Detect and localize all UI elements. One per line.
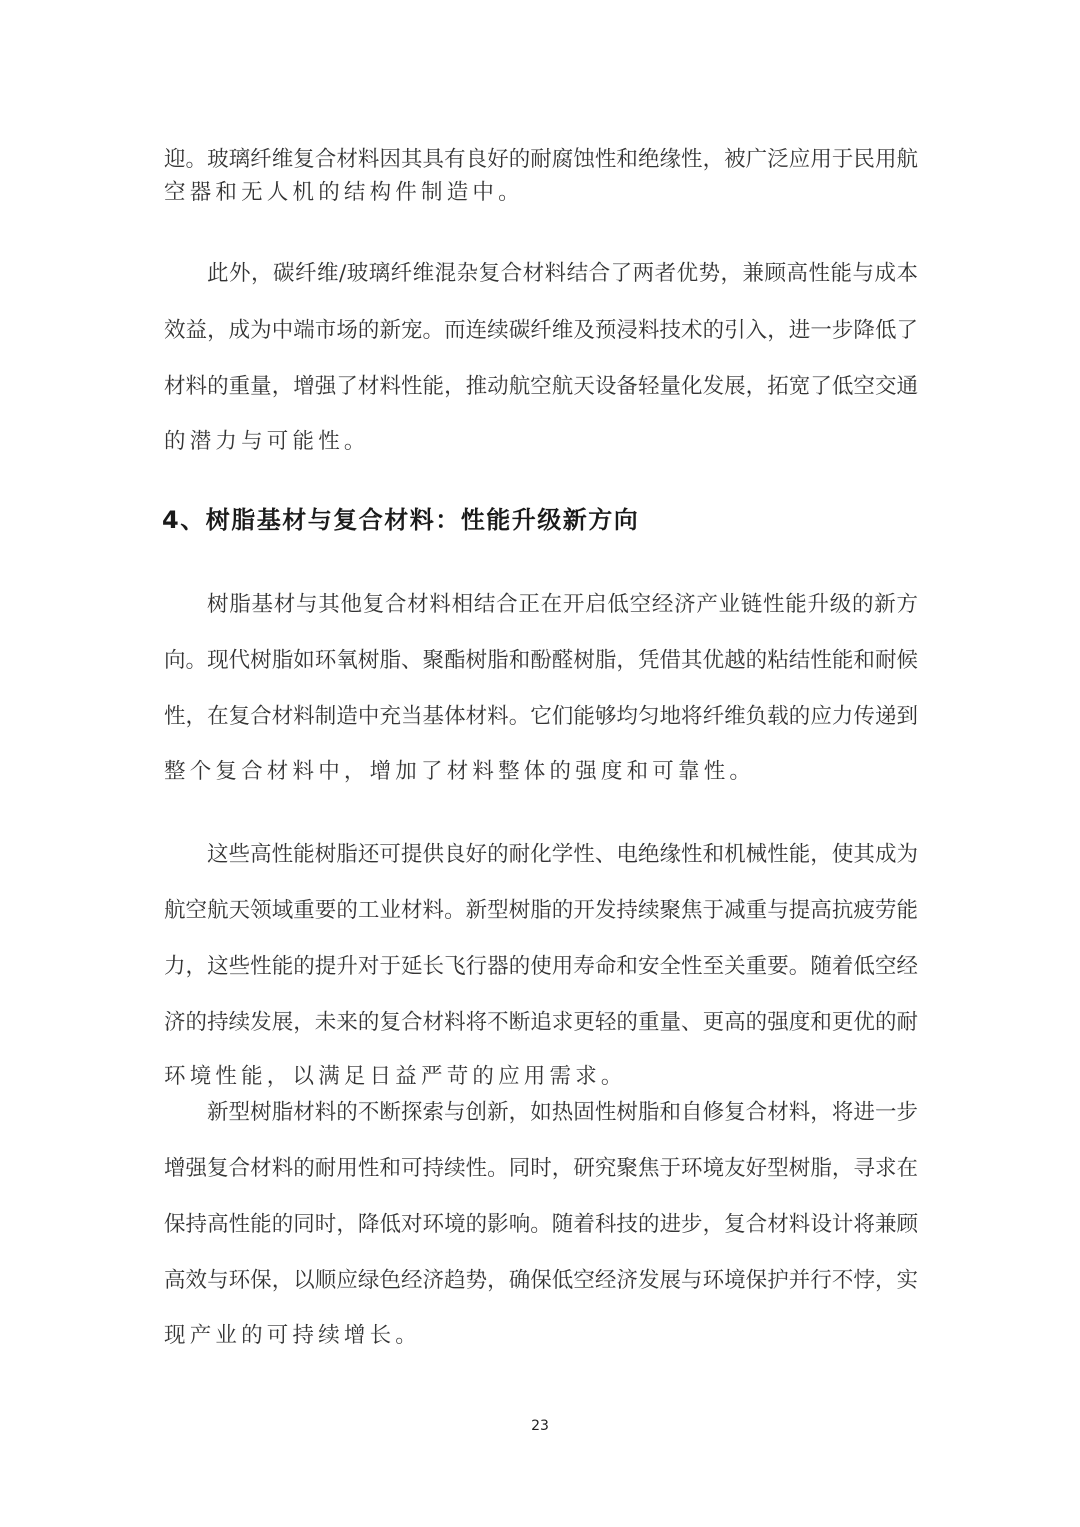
paragraph-line: 效益，成为中端市场的新宠。而连续碳纤维及预浸料技术的引入，进一步降低了 xyxy=(164,316,918,346)
paragraph-line: 树脂基材与其他复合材料相结合正在开启低空经济产业链性能升级的新方 xyxy=(207,590,918,620)
paragraph-line: 此外，碳纤维/玻璃纤维混杂复合材料结合了两者优势，兼顾高性能与成本 xyxy=(207,259,918,289)
paragraph-line: 济的持续发展，未来的复合材料将不断追求更轻的重量、更高的强度和更优的耐 xyxy=(164,1008,918,1038)
paragraph-line: 航空航天领域重要的工业材料。新型树脂的开发持续聚焦于减重与提高抗疲劳能 xyxy=(164,896,918,926)
paragraph-line: 现产业的可持续增长。 xyxy=(164,1321,918,1351)
paragraph-line: 高效与环保，以顺应绿色经济趋势，确保低空经济发展与环境保护并行不悖，实 xyxy=(164,1266,918,1296)
paragraph-line: 新型树脂材料的不断探索与创新，如热固性树脂和自修复合材料，将进一步 xyxy=(207,1098,918,1128)
page-number: 23 xyxy=(520,1418,560,1434)
paragraph-line: 向。现代树脂如环氧树脂、聚酯树脂和酚醛树脂，凭借其优越的粘结性能和耐候 xyxy=(164,646,918,676)
document-page: 迎。玻璃纤维复合材料因其具有良好的耐腐蚀性和绝缘性，被广泛应用于民用航 空器和无… xyxy=(0,0,1080,1527)
paragraph-line: 的潜力与可能性。 xyxy=(164,427,918,457)
paragraph-line: 材料的重量，增强了材料性能，推动航空航天设备轻量化发展，拓宽了低空交通 xyxy=(164,372,918,402)
paragraph-line: 性，在复合材料制造中充当基体材料。它们能够均匀地将纤维负载的应力传递到 xyxy=(164,702,918,732)
paragraph-line: 这些高性能树脂还可提供良好的耐化学性、电绝缘性和机械性能，使其成为 xyxy=(207,840,918,870)
paragraph-line: 整个复合材料中，增加了材料整体的强度和可靠性。 xyxy=(164,757,918,787)
paragraph-line: 环境性能，以满足日益严苛的应用需求。 xyxy=(164,1062,918,1092)
paragraph-line: 增强复合材料的耐用性和可持续性。同时，研究聚焦于环境友好型树脂，寻求在 xyxy=(164,1154,918,1184)
paragraph-line: 力，这些性能的提升对于延长飞行器的使用寿命和安全性至关重要。随着低空经 xyxy=(164,952,918,982)
paragraph-line: 保持高性能的同时，降低对环境的影响。随着科技的进步，复合材料设计将兼顾 xyxy=(164,1210,918,1240)
section-heading: 4、树脂基材与复合材料：性能升级新方向 xyxy=(162,503,639,537)
paragraph-line: 迎。玻璃纤维复合材料因其具有良好的耐腐蚀性和绝缘性，被广泛应用于民用航 xyxy=(164,145,918,175)
paragraph-line: 空器和无人机的结构件制造中。 xyxy=(164,178,918,208)
